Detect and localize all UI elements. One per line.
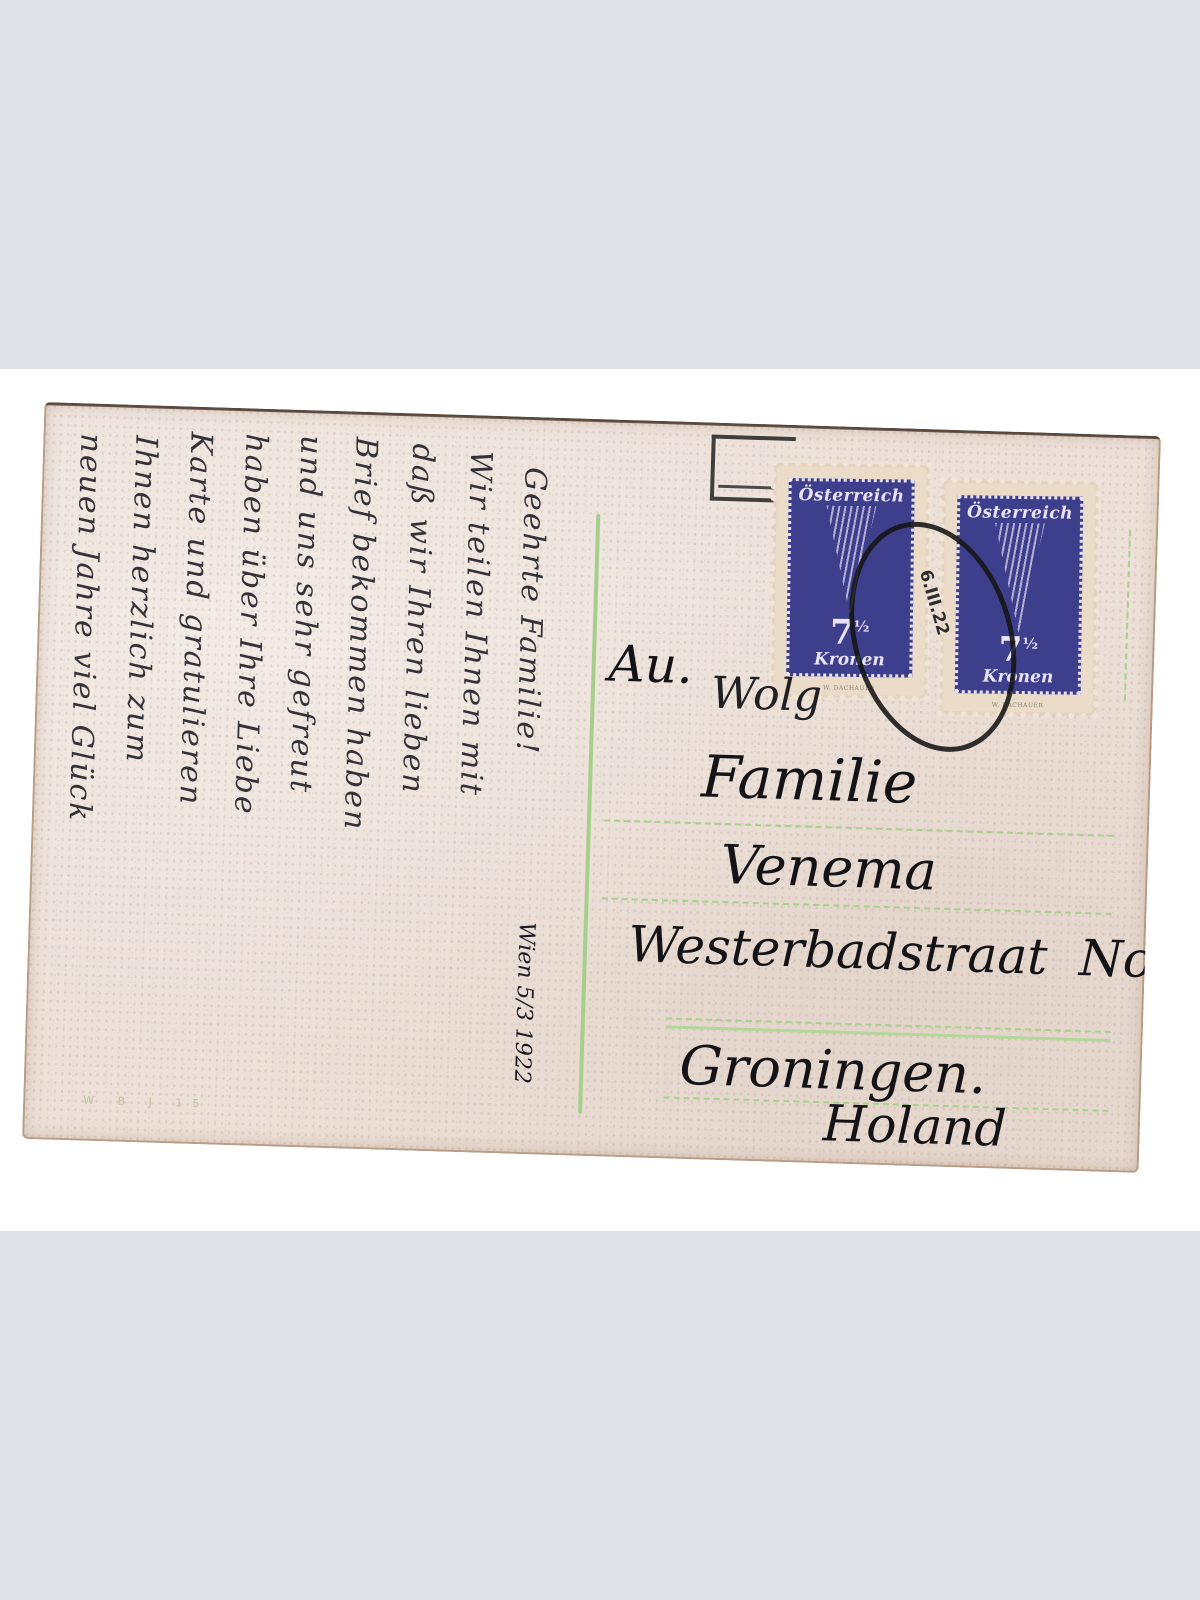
- address-guide-line: [604, 819, 1114, 837]
- message-line: haben über Ihre Liebe: [227, 433, 274, 816]
- message-line: Karte und gratulieren: [172, 431, 218, 806]
- message-line: daß wir Ihren lieben: [395, 443, 441, 795]
- address-guide-line: [666, 1017, 1111, 1033]
- address-street: Westerbadstraat No 25: [627, 915, 1161, 991]
- message-area: Geehrte Familie! Wir teilen Ihnen mit da…: [33, 422, 594, 1138]
- address-prefix: Au.: [608, 634, 694, 695]
- address-country: Holand: [822, 1094, 1007, 1158]
- stamp-box-outline: [1124, 530, 1131, 700]
- message-line: Brief bekommen haben: [337, 436, 384, 831]
- message-line: neuen Jahre viel Glück: [62, 433, 109, 823]
- stamp-country: Österreich: [965, 502, 1075, 523]
- address-surname: Venema: [720, 833, 938, 903]
- address-recipient: Familie: [700, 742, 918, 817]
- message-line: Ihnen herzlich zum: [119, 435, 164, 765]
- stamp-country: Österreich: [796, 485, 906, 506]
- address-name: Wolg: [710, 668, 822, 722]
- message-line: Geehrte Familie!: [509, 467, 553, 756]
- message-line: Wir teilen Ihnen mit: [453, 450, 499, 798]
- postmark-date: 6.III.22: [915, 568, 953, 638]
- message-date: Wien 5/3 1922: [509, 922, 539, 1085]
- message-line: und uns sehr gefreut: [283, 435, 329, 795]
- postcard: Geehrte Familie! Wir teilen Ihnen mit da…: [22, 402, 1161, 1173]
